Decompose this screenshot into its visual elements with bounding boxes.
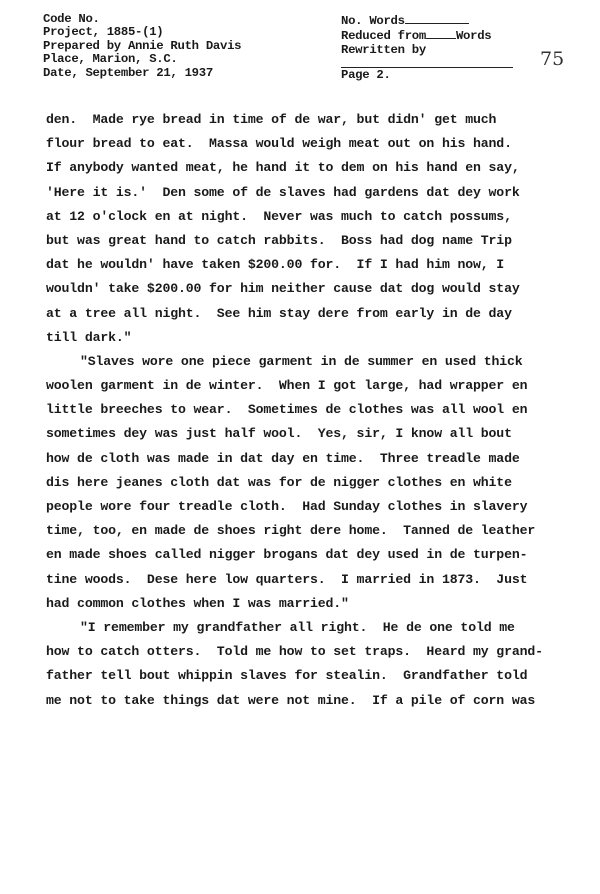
no-words-row: No. Words [341,13,513,28]
words-label: Words [456,29,491,43]
text-line: sometimes dey was just half wool. Yes, s… [46,422,586,446]
rewritten-by-label: Rewritten by [341,44,513,57]
place-label: Place, Marion, S.C. [43,53,241,66]
reduced-from-blank [426,28,456,39]
text-line: little breeches to wear. Sometimes de cl… [46,398,586,422]
code-no-label: Code No. [43,13,241,26]
text-line: but was great hand to catch rabbits. Bos… [46,229,586,253]
text-line: "Slaves wore one piece garment in de sum… [46,350,586,374]
text-line: tine woods. Dese here low quarters. I ma… [46,568,586,592]
text-line: woolen garment in de winter. When I got … [46,374,586,398]
text-line: en made shoes called nigger brogans dat … [46,543,586,567]
project-label: Project, 1885-(1) [43,26,241,39]
text-line: till dark." [46,326,586,350]
document-page: Code No.Project, 1885-(1)Prepared by Ann… [0,0,600,894]
page-label: Page 2. [341,69,513,82]
body-text: den. Made rye bread in time of de war, b… [46,108,586,713]
text-line: me not to take things dat were not mine.… [46,689,586,713]
text-line: "I remember my grandfather all right. He… [46,616,586,640]
text-line: If anybody wanted meat, he hand it to de… [46,156,586,180]
text-line: how de cloth was made in dat day en time… [46,447,586,471]
text-line: how to catch otters. Told me how to set … [46,640,586,664]
header-right-block: No. WordsReduced fromWordsRewritten byPa… [341,13,513,83]
date-label: Date, September 21, 1937 [43,67,241,80]
text-line: at 12 o'clock en at night. Never was muc… [46,205,586,229]
text-line: dat he wouldn' have taken $200.00 for. I… [46,253,586,277]
text-line: time, too, en made de shoes right dere h… [46,519,586,543]
text-line: 'Here it is.' Den some of de slaves had … [46,181,586,205]
header-left-block: Code No.Project, 1885-(1)Prepared by Ann… [43,13,241,80]
stamped-page-number: 75 [540,48,564,70]
text-line: dis here jeanes cloth dat was for de nig… [46,471,586,495]
text-line: wouldn' take $200.00 for him neither cau… [46,277,586,301]
no-words-blank [405,13,469,24]
text-line: den. Made rye bread in time of de war, b… [46,108,586,132]
text-line: had common clothes when I was married." [46,592,586,616]
text-line: father tell bout whippin slaves for stea… [46,664,586,688]
reduced-from-label: Reduced from [341,29,426,43]
reduced-from-row: Reduced fromWords [341,28,513,43]
prepared-by-label: Prepared by Annie Ruth Davis [43,40,241,53]
text-line: flour bread to eat. Massa would weigh me… [46,132,586,156]
text-line: people wore four treadle cloth. Had Sund… [46,495,586,519]
text-line: at a tree all night. See him stay dere f… [46,302,586,326]
no-words-label: No. Words [341,14,405,28]
